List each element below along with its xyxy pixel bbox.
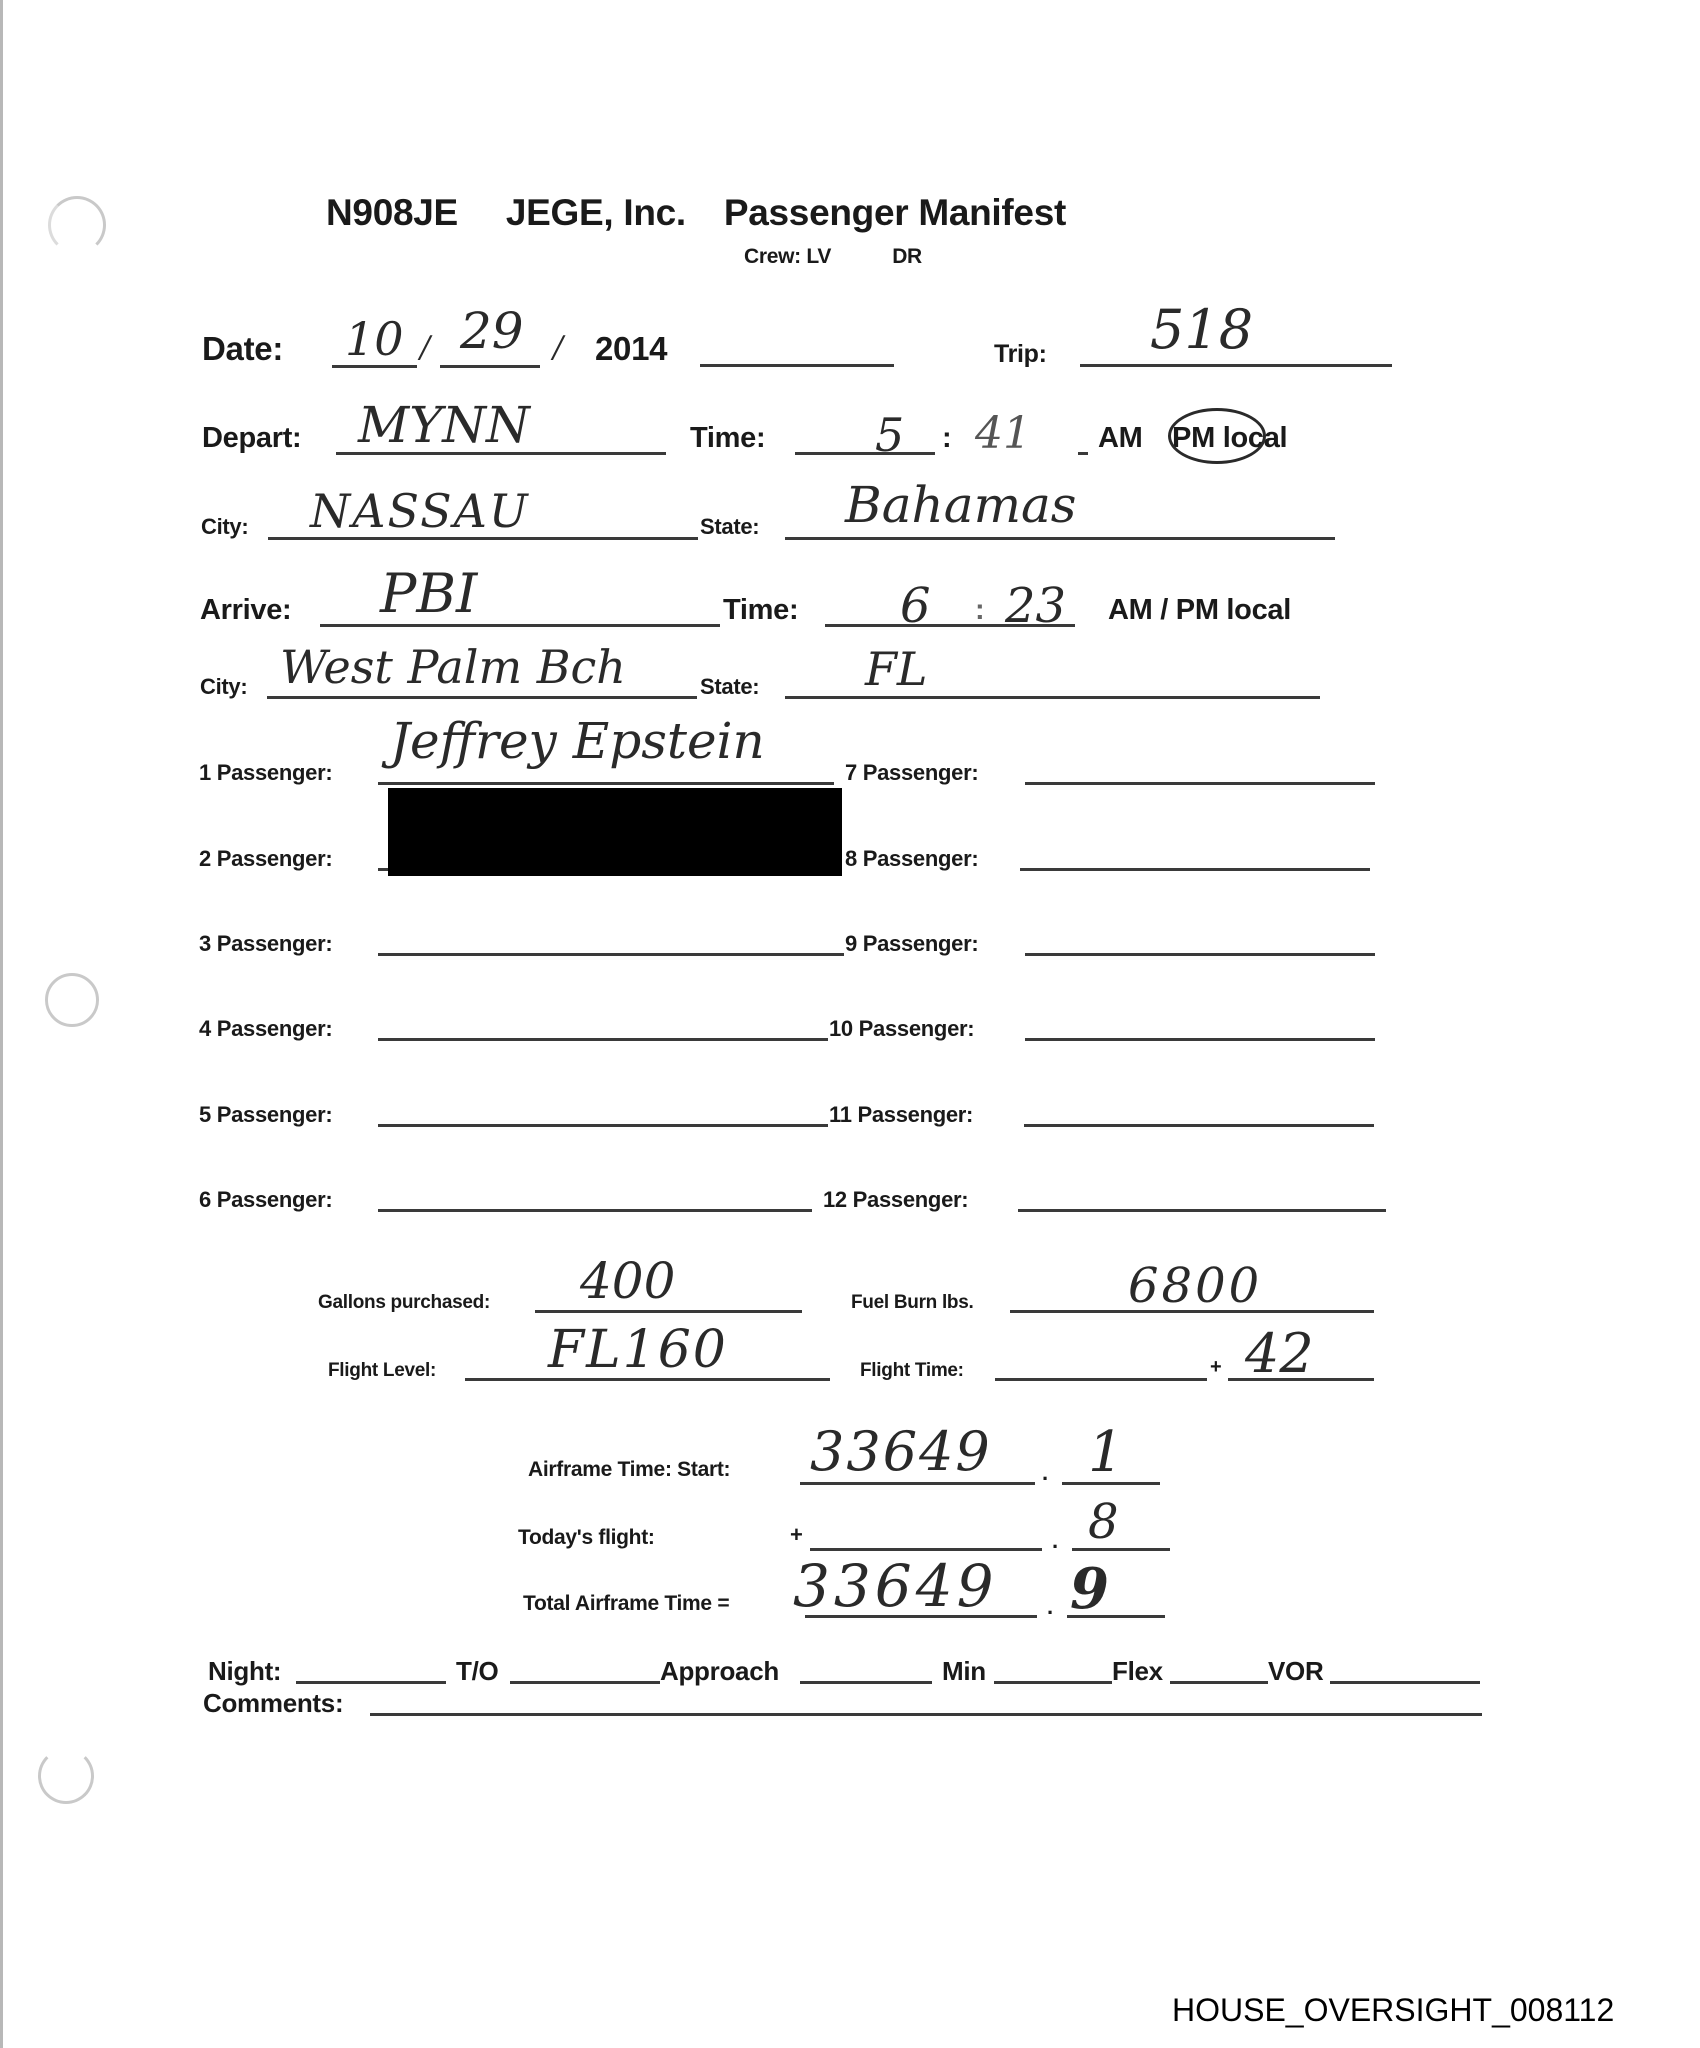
- arrive-label: Arrive:: [200, 594, 291, 627]
- page-edge: [0, 0, 3, 2048]
- airframe-start-dot: .: [1042, 1460, 1048, 1486]
- crew-label: Crew:: [744, 245, 801, 268]
- depart-state: Bahamas: [845, 476, 1076, 534]
- todays-flight-plus: +: [790, 1522, 803, 1548]
- night-label: Night:: [208, 1656, 281, 1687]
- comments-label: Comments:: [203, 1688, 343, 1719]
- arrive-ampm: AM / PM local: [1108, 594, 1291, 627]
- approach-line: [800, 1681, 932, 1684]
- trip-label: Trip:: [994, 340, 1047, 369]
- flight-level-label: Flight Level:: [328, 1360, 436, 1382]
- total-airframe-dot: .: [1047, 1594, 1053, 1620]
- arrive-city: West Palm Bch: [280, 640, 626, 694]
- todays-flight-dot: .: [1052, 1528, 1058, 1554]
- tail-number: N908JE: [326, 192, 458, 233]
- passenger-11-line: [1024, 1124, 1374, 1127]
- passenger-10-label: 10 Passenger:: [829, 1016, 974, 1042]
- total-airframe-whole: 33649: [793, 1552, 998, 1620]
- form-name: Passenger Manifest: [724, 192, 1066, 233]
- passenger-6-line: [378, 1209, 812, 1212]
- depart-hour: 5: [875, 408, 904, 462]
- passenger-2-label: 2 Passenger:: [199, 846, 332, 872]
- flight-time-plus: +: [1210, 1356, 1221, 1379]
- depart-colon: :: [942, 422, 951, 455]
- passenger-1-label: 1 Passenger:: [199, 760, 332, 786]
- todays-flight-tenth-line: [1072, 1548, 1170, 1551]
- date-sep-2: /: [553, 330, 563, 365]
- passenger-8-label: 8 Passenger:: [845, 846, 978, 872]
- crew-member-1: LV: [806, 245, 831, 268]
- crew-member-2: DR: [892, 245, 922, 268]
- comments-line[interactable]: [370, 1713, 1482, 1716]
- todays-flight-whole-line: [810, 1548, 1042, 1551]
- depart-city-label: City:: [201, 514, 248, 540]
- todays-flight-tenth: 8: [1088, 1494, 1119, 1550]
- arrive-colon: :: [975, 594, 984, 627]
- punch-hole-top: [48, 196, 106, 254]
- approach-label: Approach: [660, 1656, 779, 1687]
- fuel-burn-label: Fuel Burn lbs.: [851, 1292, 973, 1314]
- date-day-line: [440, 365, 540, 368]
- depart-minute-line: [1078, 452, 1088, 455]
- passenger-11-label: 11 Passenger:: [829, 1102, 973, 1128]
- form-title: N908JE JEGE, Inc. Passenger Manifest: [326, 192, 1066, 234]
- depart-value: MYNN: [358, 396, 530, 454]
- flex-label: Flex: [1112, 1656, 1163, 1687]
- min-label: Min: [942, 1656, 986, 1687]
- date-day: 29: [460, 302, 524, 360]
- trip-value: 518: [1150, 298, 1253, 361]
- vor-label: VOR: [1268, 1656, 1323, 1687]
- fuel-burn-value: 6800: [1128, 1258, 1262, 1314]
- trip-line: [1080, 364, 1392, 367]
- total-airframe-label: Total Airframe Time =: [523, 1592, 729, 1616]
- vor-line: [1330, 1681, 1480, 1684]
- depart-label: Depart:: [202, 422, 301, 455]
- passenger-7-line: [1025, 782, 1375, 785]
- arrive-city-line: [267, 696, 697, 699]
- night-line: [296, 1681, 446, 1684]
- arrive-minute: 23: [1005, 578, 1066, 634]
- punch-hole-middle: [45, 973, 99, 1027]
- passenger-1-value: Jeffrey Epstein: [390, 712, 765, 770]
- passenger-9-line: [1025, 953, 1375, 956]
- passenger-12-label: 12 Passenger:: [823, 1187, 968, 1213]
- depart-hour-line: [795, 452, 935, 455]
- arrive-state: FL: [865, 642, 927, 696]
- passenger-6-label: 6 Passenger:: [199, 1187, 332, 1213]
- depart-time-label: Time:: [690, 422, 765, 455]
- passenger-1-line: [378, 782, 834, 785]
- punch-hole-bottom: [38, 1748, 94, 1804]
- passenger-8-line: [1020, 868, 1370, 871]
- arrive-city-label: City:: [200, 674, 247, 700]
- flight-time-value: 42: [1245, 1322, 1314, 1385]
- date-label: Date:: [202, 330, 283, 368]
- depart-minute: 41: [975, 408, 1031, 459]
- arrive-value: PBI: [380, 562, 477, 625]
- depart-state-line: [785, 537, 1335, 540]
- to-line: [510, 1681, 660, 1684]
- depart-state-label: State:: [700, 514, 759, 540]
- passenger-7-label: 7 Passenger:: [845, 760, 978, 786]
- flex-line: [1170, 1681, 1268, 1684]
- arrive-hour: 6: [900, 578, 931, 634]
- passenger-9-label: 9 Passenger:: [845, 931, 978, 957]
- date-month: 10: [345, 312, 404, 366]
- arrive-time-label: Time:: [723, 594, 798, 627]
- arrive-state-label: State:: [700, 674, 759, 700]
- passenger-3-label: 3 Passenger:: [199, 931, 332, 957]
- passenger-4-label: 4 Passenger:: [199, 1016, 332, 1042]
- date-year-line: [700, 364, 894, 367]
- arrive-state-line: [785, 696, 1320, 699]
- bates-number: HOUSE_OVERSIGHT_008112: [1172, 1992, 1614, 2029]
- airframe-start-label: Airframe Time: Start:: [528, 1458, 730, 1482]
- flight-level-value: FL160: [548, 1320, 728, 1380]
- passenger-10-line: [1025, 1038, 1375, 1041]
- depart-city: NASSAU: [310, 484, 530, 538]
- passenger-4-line: [378, 1038, 828, 1041]
- date-sep-1: /: [420, 330, 430, 365]
- date-year: 2014: [595, 330, 667, 368]
- gallons-line: [535, 1310, 802, 1313]
- passenger-2-redaction: [388, 788, 842, 876]
- min-line: [994, 1681, 1112, 1684]
- airframe-start-whole: 33649: [810, 1420, 992, 1483]
- passenger-5-line: [378, 1124, 828, 1127]
- passenger-3-line: [378, 953, 844, 956]
- airframe-start-tenth: 1: [1088, 1420, 1124, 1485]
- crew-line: Crew: LV DR: [744, 245, 922, 269]
- company-name: JEGE, Inc.: [506, 192, 686, 233]
- total-airframe-tenth: 9: [1070, 1556, 1109, 1622]
- gallons-label: Gallons purchased:: [318, 1292, 490, 1314]
- flight-time-hours-line: [995, 1378, 1207, 1381]
- passenger-12-line: [1018, 1209, 1386, 1212]
- gallons-value: 400: [580, 1252, 675, 1310]
- to-label: T/O: [456, 1656, 498, 1687]
- todays-flight-label: Today's flight:: [518, 1526, 655, 1550]
- flight-time-label: Flight Time:: [860, 1360, 964, 1382]
- passenger-5-label: 5 Passenger:: [199, 1102, 332, 1128]
- pm-circle-mark[interactable]: [1168, 408, 1266, 464]
